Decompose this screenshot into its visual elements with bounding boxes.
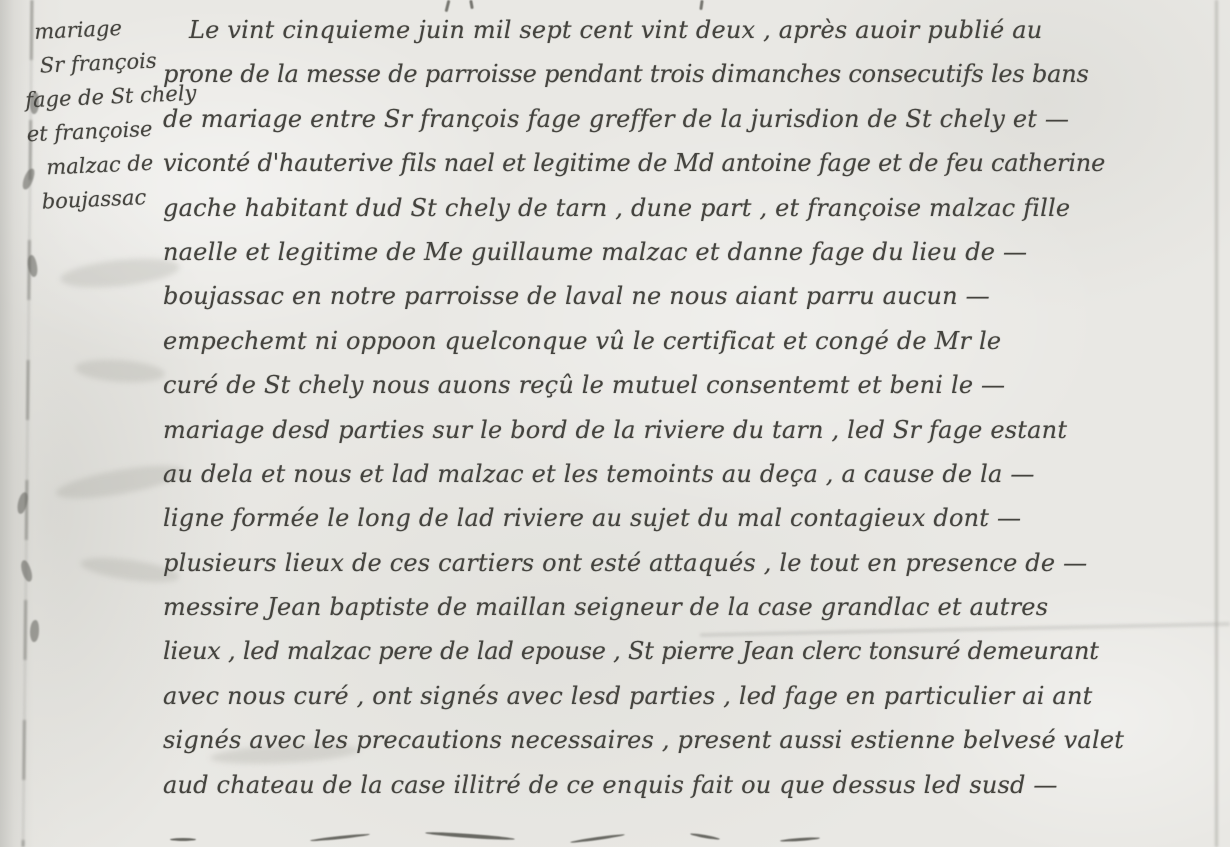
manuscript-line: curé de St chely nous auons reçû le mutu… xyxy=(163,363,1223,407)
record-body-text: Le vint cinquieme juin mil sept cent vin… xyxy=(163,8,1223,807)
manuscript-line: avec nous curé , ont signés avec lesd pa… xyxy=(163,674,1223,718)
manuscript-line: prone de la messe de parroisse pendant t… xyxy=(163,52,1223,96)
clipped-signature-line xyxy=(170,834,1070,847)
manuscript-line: mariage desd parties sur le bord de la r… xyxy=(163,408,1223,452)
manuscript-line: empechemt ni oppoon quelconque vû le cer… xyxy=(163,319,1223,363)
manuscript-scan-page: mariage Sr françois fage de St chely et … xyxy=(0,0,1230,847)
manuscript-line: viconté d'hauterive fils nael et legitim… xyxy=(163,141,1223,185)
clipped-stroke-fragment xyxy=(570,833,625,844)
ink-bleedthrough xyxy=(74,357,165,385)
manuscript-line: de mariage entre Sr françois fage greffe… xyxy=(163,97,1223,141)
manuscript-line: Le vint cinquieme juin mil sept cent vin… xyxy=(163,8,1223,52)
clipped-stroke-fragment xyxy=(780,837,820,843)
manuscript-line: naelle et legitime de Me guillaume malza… xyxy=(163,230,1223,274)
clipped-stroke-fragment xyxy=(170,838,196,841)
manuscript-line: aud chateau de la case illitré de ce enq… xyxy=(163,763,1223,807)
manuscript-line: gache habitant dud St chely de tarn , du… xyxy=(163,186,1223,230)
clipped-stroke-fragment xyxy=(690,832,720,840)
clipped-stroke-fragment xyxy=(425,831,515,841)
manuscript-line: ligne formée le long de lad riviere au s… xyxy=(163,496,1223,540)
margin-note-line: fage de St chely xyxy=(25,77,176,118)
manuscript-line: messire Jean baptiste de maillan seigneu… xyxy=(163,585,1223,629)
clipped-stroke-fragment xyxy=(310,833,370,842)
margin-note-line: boujassac xyxy=(29,179,180,220)
manuscript-line: au dela et nous et lad malzac et les tem… xyxy=(163,452,1223,496)
manuscript-line: plusieurs lieux de ces cartiers ont esté… xyxy=(163,541,1223,585)
margin-note: mariage Sr françois fage de St chely et … xyxy=(22,9,181,219)
manuscript-line: lieux , led malzac pere de lad epouse , … xyxy=(163,629,1223,673)
manuscript-line: signés avec les precautions necessaires … xyxy=(163,718,1223,762)
manuscript-line: boujassac en notre parroisse de laval ne… xyxy=(163,274,1223,318)
